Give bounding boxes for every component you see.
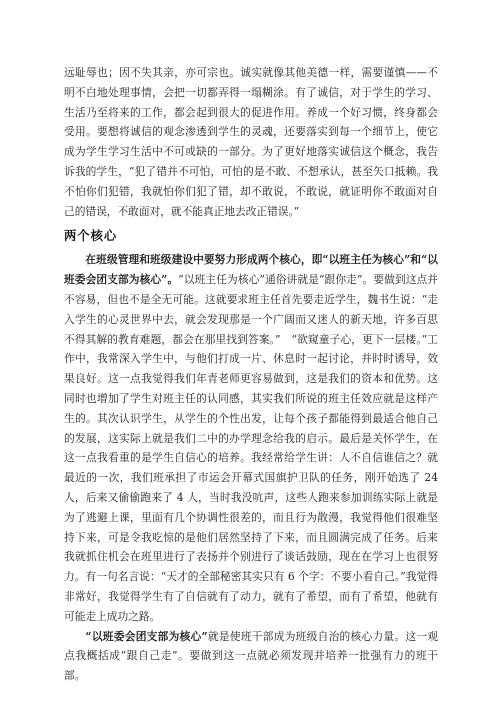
text-run: 远耻辱也；因不失其亲，亦可宗也。诚实就像其他美德一样，需要谨慎——不明不白地处理… bbox=[64, 66, 438, 218]
text-run: “以班委会团支部为核心” bbox=[85, 630, 207, 643]
paragraph: 远耻辱也；因不失其亲，亦可宗也。诚实就像其他美德一样，需要谨慎——不明不白地处理… bbox=[64, 63, 438, 221]
text-run: “以班主任为核心”通俗讲就是“跟你走”。要做到这点并不容易，但也不是全无可能。这… bbox=[64, 273, 438, 623]
document-page: 远耻辱也；因不失其亲，亦可宗也。诚实就像其他美德一样，需要谨慎——不明不白地处理… bbox=[0, 0, 500, 707]
section-heading: 两个核心 bbox=[64, 226, 438, 246]
text-run: 两个核心 bbox=[64, 228, 117, 243]
document-body: 远耻辱也；因不失其亲，亦可宗也。诚实就像其他美德一样，需要谨慎——不明不白地处理… bbox=[64, 63, 438, 686]
paragraph: 在班级管理和班级建设中要努力形成两个核心，即“以班主任为核心”和“以班委会团支部… bbox=[64, 250, 438, 626]
paragraph: “以班委会团支部为核心”就是使班干部成为班级自治的核心力量。这一观点我概括成“跟… bbox=[64, 627, 438, 686]
